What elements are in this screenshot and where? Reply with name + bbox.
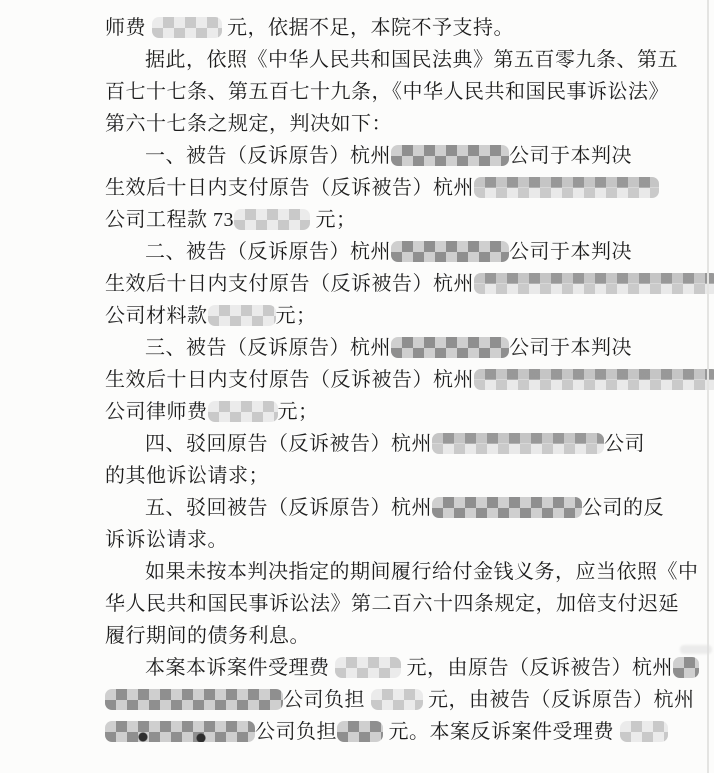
text-run: 师费 bbox=[105, 17, 152, 39]
document-line: 公司律师费元； bbox=[105, 396, 706, 428]
text-run: 元； bbox=[310, 209, 357, 231]
text-run: 履行期间的债务利息。 bbox=[105, 625, 310, 647]
text-run: 据此，依照《中华人民共和国民法典》第五百零九条、第五 bbox=[145, 49, 678, 71]
text-run: 五、驳回被告（反诉原告）杭州 bbox=[145, 497, 432, 519]
document-line: 第六十七条之规定，判决如下： bbox=[105, 108, 706, 140]
text-run: 公司的反 bbox=[582, 497, 664, 519]
document-line: 公司材料款元； bbox=[105, 300, 706, 332]
text-run: 元； bbox=[278, 401, 319, 423]
text-run: 公司材料款 bbox=[105, 305, 208, 327]
redaction-block bbox=[620, 721, 668, 742]
text-run: 生效后十日内支付原告（反诉被告）杭州 bbox=[105, 177, 474, 199]
redaction-block bbox=[474, 177, 659, 198]
document-line: 五、驳回被告（反诉原告）杭州公司的反 bbox=[105, 492, 706, 524]
text-run: 元； bbox=[276, 305, 317, 327]
text-run: 华人民共和国民事诉讼法》第二百六十四条规定，加倍支付迟延 bbox=[105, 593, 679, 615]
text-run: 元。本案反诉案件受理费 bbox=[383, 721, 620, 743]
redaction-block bbox=[673, 657, 699, 678]
scan-artifact bbox=[680, 645, 712, 654]
redaction-block bbox=[337, 721, 383, 742]
document-line: 师费 元，依据不足，本院不予支持。 bbox=[105, 12, 706, 44]
text-run: 诉诉讼请求。 bbox=[105, 529, 228, 551]
document-line: 本案本诉案件受理费 元，由原告（反诉被告）杭州 bbox=[105, 652, 706, 684]
redaction-block bbox=[474, 273, 714, 294]
redaction-block bbox=[105, 721, 255, 742]
text-run: 一、被告（反诉原告）杭州 bbox=[145, 145, 391, 167]
redaction-block bbox=[152, 17, 222, 38]
redaction-block bbox=[208, 401, 278, 422]
text-run: 百七十七条、第五百七十九条，《中华人民共和国民事诉讼法》 bbox=[105, 81, 669, 103]
text-run: 元，依据不足，本院不予支持。 bbox=[222, 17, 515, 39]
text-run: 四、驳回原告（反诉被告）杭州 bbox=[145, 433, 432, 455]
redaction-block bbox=[432, 497, 582, 518]
document-line: 公司负担 元。本案反诉案件受理费 bbox=[105, 716, 706, 748]
document-line: 生效后十日内支付原告（反诉被告）杭州 bbox=[105, 364, 706, 396]
text-run: 公司负担 bbox=[283, 689, 371, 711]
document-line: 二、被告（反诉原告）杭州公司于本判决 bbox=[105, 236, 706, 268]
text-run: 公司 bbox=[604, 433, 645, 455]
text-run: 公司于本判决 bbox=[509, 145, 632, 167]
text-run: 公司于本判决 bbox=[509, 241, 632, 263]
document-line: 生效后十日内支付原告（反诉被告）杭州 bbox=[105, 268, 706, 300]
document-line: 的其他诉讼请求； bbox=[105, 460, 706, 492]
document-line: 四、驳回原告（反诉被告）杭州公司 bbox=[105, 428, 706, 460]
text-run: 生效后十日内支付原告（反诉被告）杭州 bbox=[105, 369, 474, 391]
text-run: 二、被告（反诉原告）杭州 bbox=[145, 241, 391, 263]
text-run: 第六十七条之规定，判决如下： bbox=[105, 113, 392, 135]
document-body: 师费 元，依据不足，本院不予支持。据此，依照《中华人民共和国民法典》第五百零九条… bbox=[105, 12, 706, 748]
redaction-block bbox=[371, 689, 423, 710]
redaction-block bbox=[432, 433, 604, 454]
scan-edge-line bbox=[707, 0, 709, 773]
text-run: 公司律师费 bbox=[105, 401, 208, 423]
text-run: 本案本诉案件受理费 bbox=[145, 657, 335, 679]
redaction-block bbox=[208, 305, 276, 326]
redaction-block bbox=[234, 209, 310, 230]
text-run: 公司工程款 73 bbox=[105, 209, 234, 231]
judgment-page: 师费 元，依据不足，本院不予支持。据此，依照《中华人民共和国民法典》第五百零九条… bbox=[0, 0, 714, 773]
document-line: 三、被告（反诉原告）杭州公司于本判决 bbox=[105, 332, 706, 364]
document-line: 华人民共和国民事诉讼法》第二百六十四条规定，加倍支付迟延 bbox=[105, 588, 706, 620]
document-line: 履行期间的债务利息。 bbox=[105, 620, 706, 652]
text-run: 如果未按本判决指定的期间履行给付金钱义务，应当依照《中 bbox=[145, 561, 699, 583]
document-line: 生效后十日内支付原告（反诉被告）杭州 bbox=[105, 172, 706, 204]
text-run: 三、被告（反诉原告）杭州 bbox=[145, 337, 391, 359]
document-line: 百七十七条、第五百七十九条，《中华人民共和国民事诉讼法》 bbox=[105, 76, 706, 108]
text-run: 元，由原告（反诉被告）杭州 bbox=[401, 657, 673, 679]
document-line: 如果未按本判决指定的期间履行给付金钱义务，应当依照《中 bbox=[105, 556, 706, 588]
text-run: 元，由被告（反诉原告）杭州 bbox=[423, 689, 695, 711]
redaction-block bbox=[391, 145, 509, 166]
document-line: 公司工程款 73 元； bbox=[105, 204, 706, 236]
text-run: 公司于本判决 bbox=[509, 337, 632, 359]
redaction-block bbox=[474, 369, 714, 390]
document-line: 据此，依照《中华人民共和国民法典》第五百零九条、第五 bbox=[105, 44, 706, 76]
text-run: 公司负担 bbox=[255, 721, 337, 743]
redaction-block bbox=[391, 337, 509, 358]
redaction-block bbox=[105, 689, 283, 710]
document-line: 诉诉讼请求。 bbox=[105, 524, 706, 556]
text-run: 生效后十日内支付原告（反诉被告）杭州 bbox=[105, 273, 474, 295]
redaction-block bbox=[391, 241, 509, 262]
text-run: 的其他诉讼请求； bbox=[105, 465, 269, 487]
document-line: 一、被告（反诉原告）杭州公司于本判决 bbox=[105, 140, 706, 172]
document-line: 公司负担 元，由被告（反诉原告）杭州 bbox=[105, 684, 706, 716]
redaction-block bbox=[335, 657, 401, 678]
